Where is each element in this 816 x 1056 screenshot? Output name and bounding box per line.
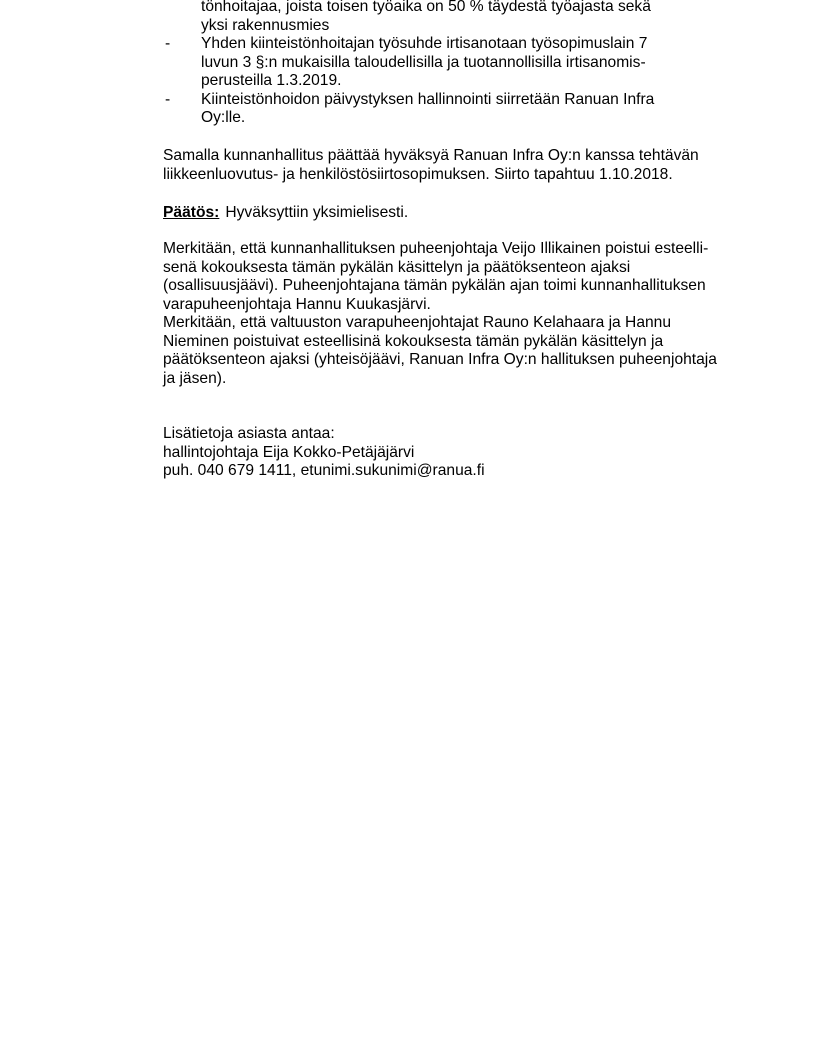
list-item-line: luvun 3 §:n mukaisilla taloudellisilla j…: [201, 54, 723, 73]
list-item-continued: tönhoitajaa, joista toisen työaika on 50…: [163, 0, 723, 35]
notes-paragraph: Merkitään, että kunnanhallituksen puheen…: [163, 240, 763, 388]
document-page: tönhoitajaa, joista toisen työaika on 50…: [0, 0, 816, 1056]
list-item-termination: - Yhden kiinteistönhoitajan työsuhde irt…: [163, 35, 723, 91]
paragraph-line: ja jäsen).: [163, 370, 763, 389]
decision-text: Hyväksyttiin yksimielisesti.: [225, 204, 408, 221]
measures-list: tönhoitajaa, joista toisen työaika on 50…: [163, 0, 723, 128]
decision-label: Päätös:: [163, 204, 219, 221]
list-item-line: perusteilla 1.3.2019.: [201, 72, 723, 91]
paragraph-line: Nieminen poistuivat esteellisinä kokouks…: [163, 333, 763, 352]
list-item-line: tönhoitajaa, joista toisen työaika on 50…: [201, 0, 723, 17]
paragraph-line: Merkitään, että kunnanhallituksen puheen…: [163, 240, 763, 259]
paragraph-line: Merkitään, että valtuuston varapuheenjoh…: [163, 314, 763, 333]
list-item-line: Kiinteistönhoidon päivystyksen hallinnoi…: [201, 91, 723, 110]
contact-info: Lisätietoja asiasta antaa: hallintojohta…: [163, 425, 743, 481]
paragraph-line: liikkeenluovutus- ja henkilöstösiirtosop…: [163, 166, 743, 185]
dash-bullet-icon: -: [165, 91, 170, 110]
paragraph-line: senä kokouksesta tämän pykälän käsittely…: [163, 259, 763, 278]
contact-heading: Lisätietoja asiasta antaa:: [163, 425, 743, 444]
paragraph-line: (osallisuusjäävi). Puheenjohtajana tämän…: [163, 277, 763, 296]
list-item-on-call-transfer: - Kiinteistönhoidon päivystyksen hallinn…: [163, 91, 723, 128]
agreement-paragraph: Samalla kunnanhallitus päättää hyväksyä …: [163, 147, 743, 184]
paragraph-line: päätöksenteon ajaksi (yhteisöjäävi, Ranu…: [163, 351, 763, 370]
dash-bullet-icon: -: [165, 35, 170, 54]
decision: Päätös:Hyväksyttiin yksimielisesti.: [163, 204, 743, 223]
list-item-line: Oy:lle.: [201, 109, 723, 128]
paragraph-line: Samalla kunnanhallitus päättää hyväksyä …: [163, 147, 743, 166]
paragraph-line: varapuheenjohtaja Hannu Kuukasjärvi.: [163, 296, 763, 315]
contact-name: hallintojohtaja Eija Kokko-Petäjäjärvi: [163, 444, 743, 463]
list-item-line: yksi rakennusmies: [201, 17, 723, 36]
list-item-line: Yhden kiinteistönhoitajan työsuhde irtis…: [201, 35, 723, 54]
contact-phone-email: puh. 040 679 1411, etunimi.sukunimi@ranu…: [163, 462, 743, 481]
